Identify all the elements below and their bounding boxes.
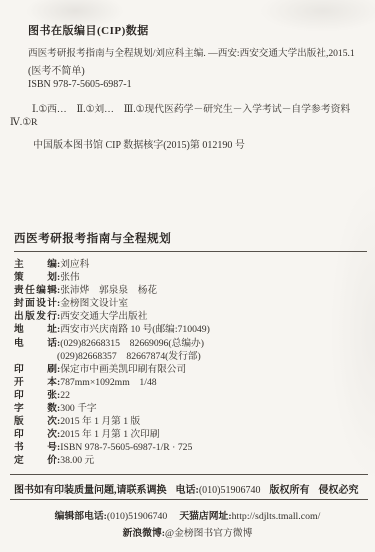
colophon-row: 主编:刘应科	[14, 258, 210, 271]
colophon-value: 300 千字	[60, 403, 96, 414]
colophon-value: 787mm×1092mm 1/48	[60, 377, 156, 388]
colophon-value: (029)82668315 82669096(总编办)	[60, 338, 204, 349]
cip-classification-line2: Ⅳ.①R	[10, 117, 38, 128]
editorial-phone-label: 编辑部电话:	[55, 511, 107, 522]
colophon-label: 出版发行	[14, 310, 57, 323]
cip-header: 图书在版编目(CIP)数据	[28, 22, 149, 38]
footer-weibo-line: 新浪微博:@金榜图书官方微博	[0, 525, 375, 539]
colophon-row: 封面设计:金榜图文设计室	[14, 297, 210, 310]
colophon-row: 字数:300 千字	[14, 402, 210, 415]
notice-divider-bottom	[10, 499, 368, 500]
colophon-value: 张伟	[60, 272, 79, 283]
colophon-row: 书号:ISBN 978-7-5605-6987-1/R · 725	[14, 441, 210, 454]
colophon-row-continuation: (029)82668357 82667874(发行部)	[14, 350, 210, 363]
colophon-label: 印刷	[14, 363, 57, 376]
weibo-label: 新浪微博:	[123, 528, 165, 539]
cip-classification-line1: Ⅰ.①西… Ⅱ.①刘… Ⅲ.①现代医药学－研究生－入学考试－自学参考资料	[32, 101, 350, 115]
colophon-label: 责任编辑	[14, 284, 57, 297]
notice-phone-label: 电话:	[176, 485, 199, 496]
colophon-value: (029)82668357 82667874(发行部)	[57, 351, 201, 362]
colophon-row: 开本:787mm×1092mm 1/48	[14, 376, 210, 389]
cip-isbn: ISBN 978-7-5605-6987-1	[28, 79, 132, 90]
colophon-value: 22	[60, 390, 70, 401]
colophon-value: 西安市兴庆南路 10 号(邮编:710049)	[60, 324, 210, 335]
footer-contact-line: 编辑部电话:(010)51906740天猫店网址:http://sdjlts.t…	[0, 508, 375, 522]
colophon-row: 定价:38.00 元	[14, 454, 210, 467]
colophon-label: 电话	[14, 337, 57, 350]
colophon-label: 开本	[14, 376, 57, 389]
colophon-label: 封面设计	[14, 297, 57, 310]
tmall-store-label: 天猫店网址:	[179, 511, 231, 522]
colophon-row: 版次:2015 年 1 月第 1 版	[14, 415, 210, 428]
colophon-value: 38.00 元	[60, 455, 94, 466]
colophon-row: 出版发行:西安交通大学出版社	[14, 310, 210, 323]
colophon-row: 电话:(029)82668315 82669096(总编办)	[14, 337, 210, 350]
colophon-value: 金榜图文设计室	[60, 298, 128, 309]
colophon-label: 主编	[14, 258, 57, 271]
colophon-label: 定价	[14, 454, 57, 467]
notice-phone-number: (010)51906740	[199, 485, 261, 496]
colophon-value: ISBN 978-7-5605-6987-1/R · 725	[60, 442, 192, 453]
notice-divider-top	[10, 474, 368, 475]
colophon-row: 责任编辑:张沛烨 郭泉泉 杨花	[14, 284, 210, 297]
colophon-value: 2015 年 1 月第 1 次印刷	[60, 429, 159, 440]
colophon-label: 策划	[14, 271, 57, 284]
quality-notice: 图书如有印装质量问题,请联系调换电话:(010)51906740版权所有侵权必究	[14, 481, 359, 496]
weibo-handle: @金榜图书官方微博	[165, 528, 252, 539]
title-divider	[14, 251, 367, 252]
editorial-phone-number: (010)51906740	[107, 511, 167, 522]
cip-series-note: (医考不简单)	[28, 62, 85, 77]
colophon-value: 张沛烨 郭泉泉 杨花	[60, 285, 157, 296]
colophon-label: 地址	[14, 323, 57, 336]
cip-description: 西医考研报考指南与全程规划/刘应科主编. —西安:西安交通大学出版社,2015.…	[28, 45, 355, 59]
quality-notice-text: 图书如有印装质量问题,请联系调换	[14, 485, 167, 496]
colophon-row: 地址:西安市兴庆南路 10 号(邮编:710049)	[14, 323, 210, 336]
colophon-label: 印张	[14, 389, 57, 402]
book-title: 西医考研报考指南与全程规划	[14, 230, 171, 246]
colophon-row: 印次:2015 年 1 月第 1 次印刷	[14, 428, 210, 441]
colophon-value: 刘应科	[60, 259, 89, 270]
piracy-warning-text: 侵权必究	[319, 485, 359, 496]
colophon-label: 版次	[14, 415, 57, 428]
tmall-store-url: http://sdjlts.tmall.com/	[232, 511, 321, 522]
cip-record-number: 中国版本图书馆 CIP 数据核字(2015)第 012190 号	[33, 136, 245, 151]
colophon-row: 印张:22	[14, 389, 210, 402]
colophon-value: 保定市中画美凯印刷有限公司	[60, 364, 186, 375]
colophon-value: 西安交通大学出版社	[60, 311, 147, 322]
colophon-label: 印次	[14, 428, 57, 441]
colophon-value: 2015 年 1 月第 1 版	[60, 416, 140, 427]
colophon: 主编:刘应科 策划:张伟 责任编辑:张沛烨 郭泉泉 杨花 封面设计:金榜图文设计…	[14, 258, 210, 468]
colophon-row: 策划:张伟	[14, 271, 210, 284]
colophon-label: 字数	[14, 402, 57, 415]
rights-reserved-text: 版权所有	[270, 485, 310, 496]
colophon-row: 印刷:保定市中画美凯印刷有限公司	[14, 363, 210, 376]
colophon-label: 书号	[14, 441, 57, 454]
